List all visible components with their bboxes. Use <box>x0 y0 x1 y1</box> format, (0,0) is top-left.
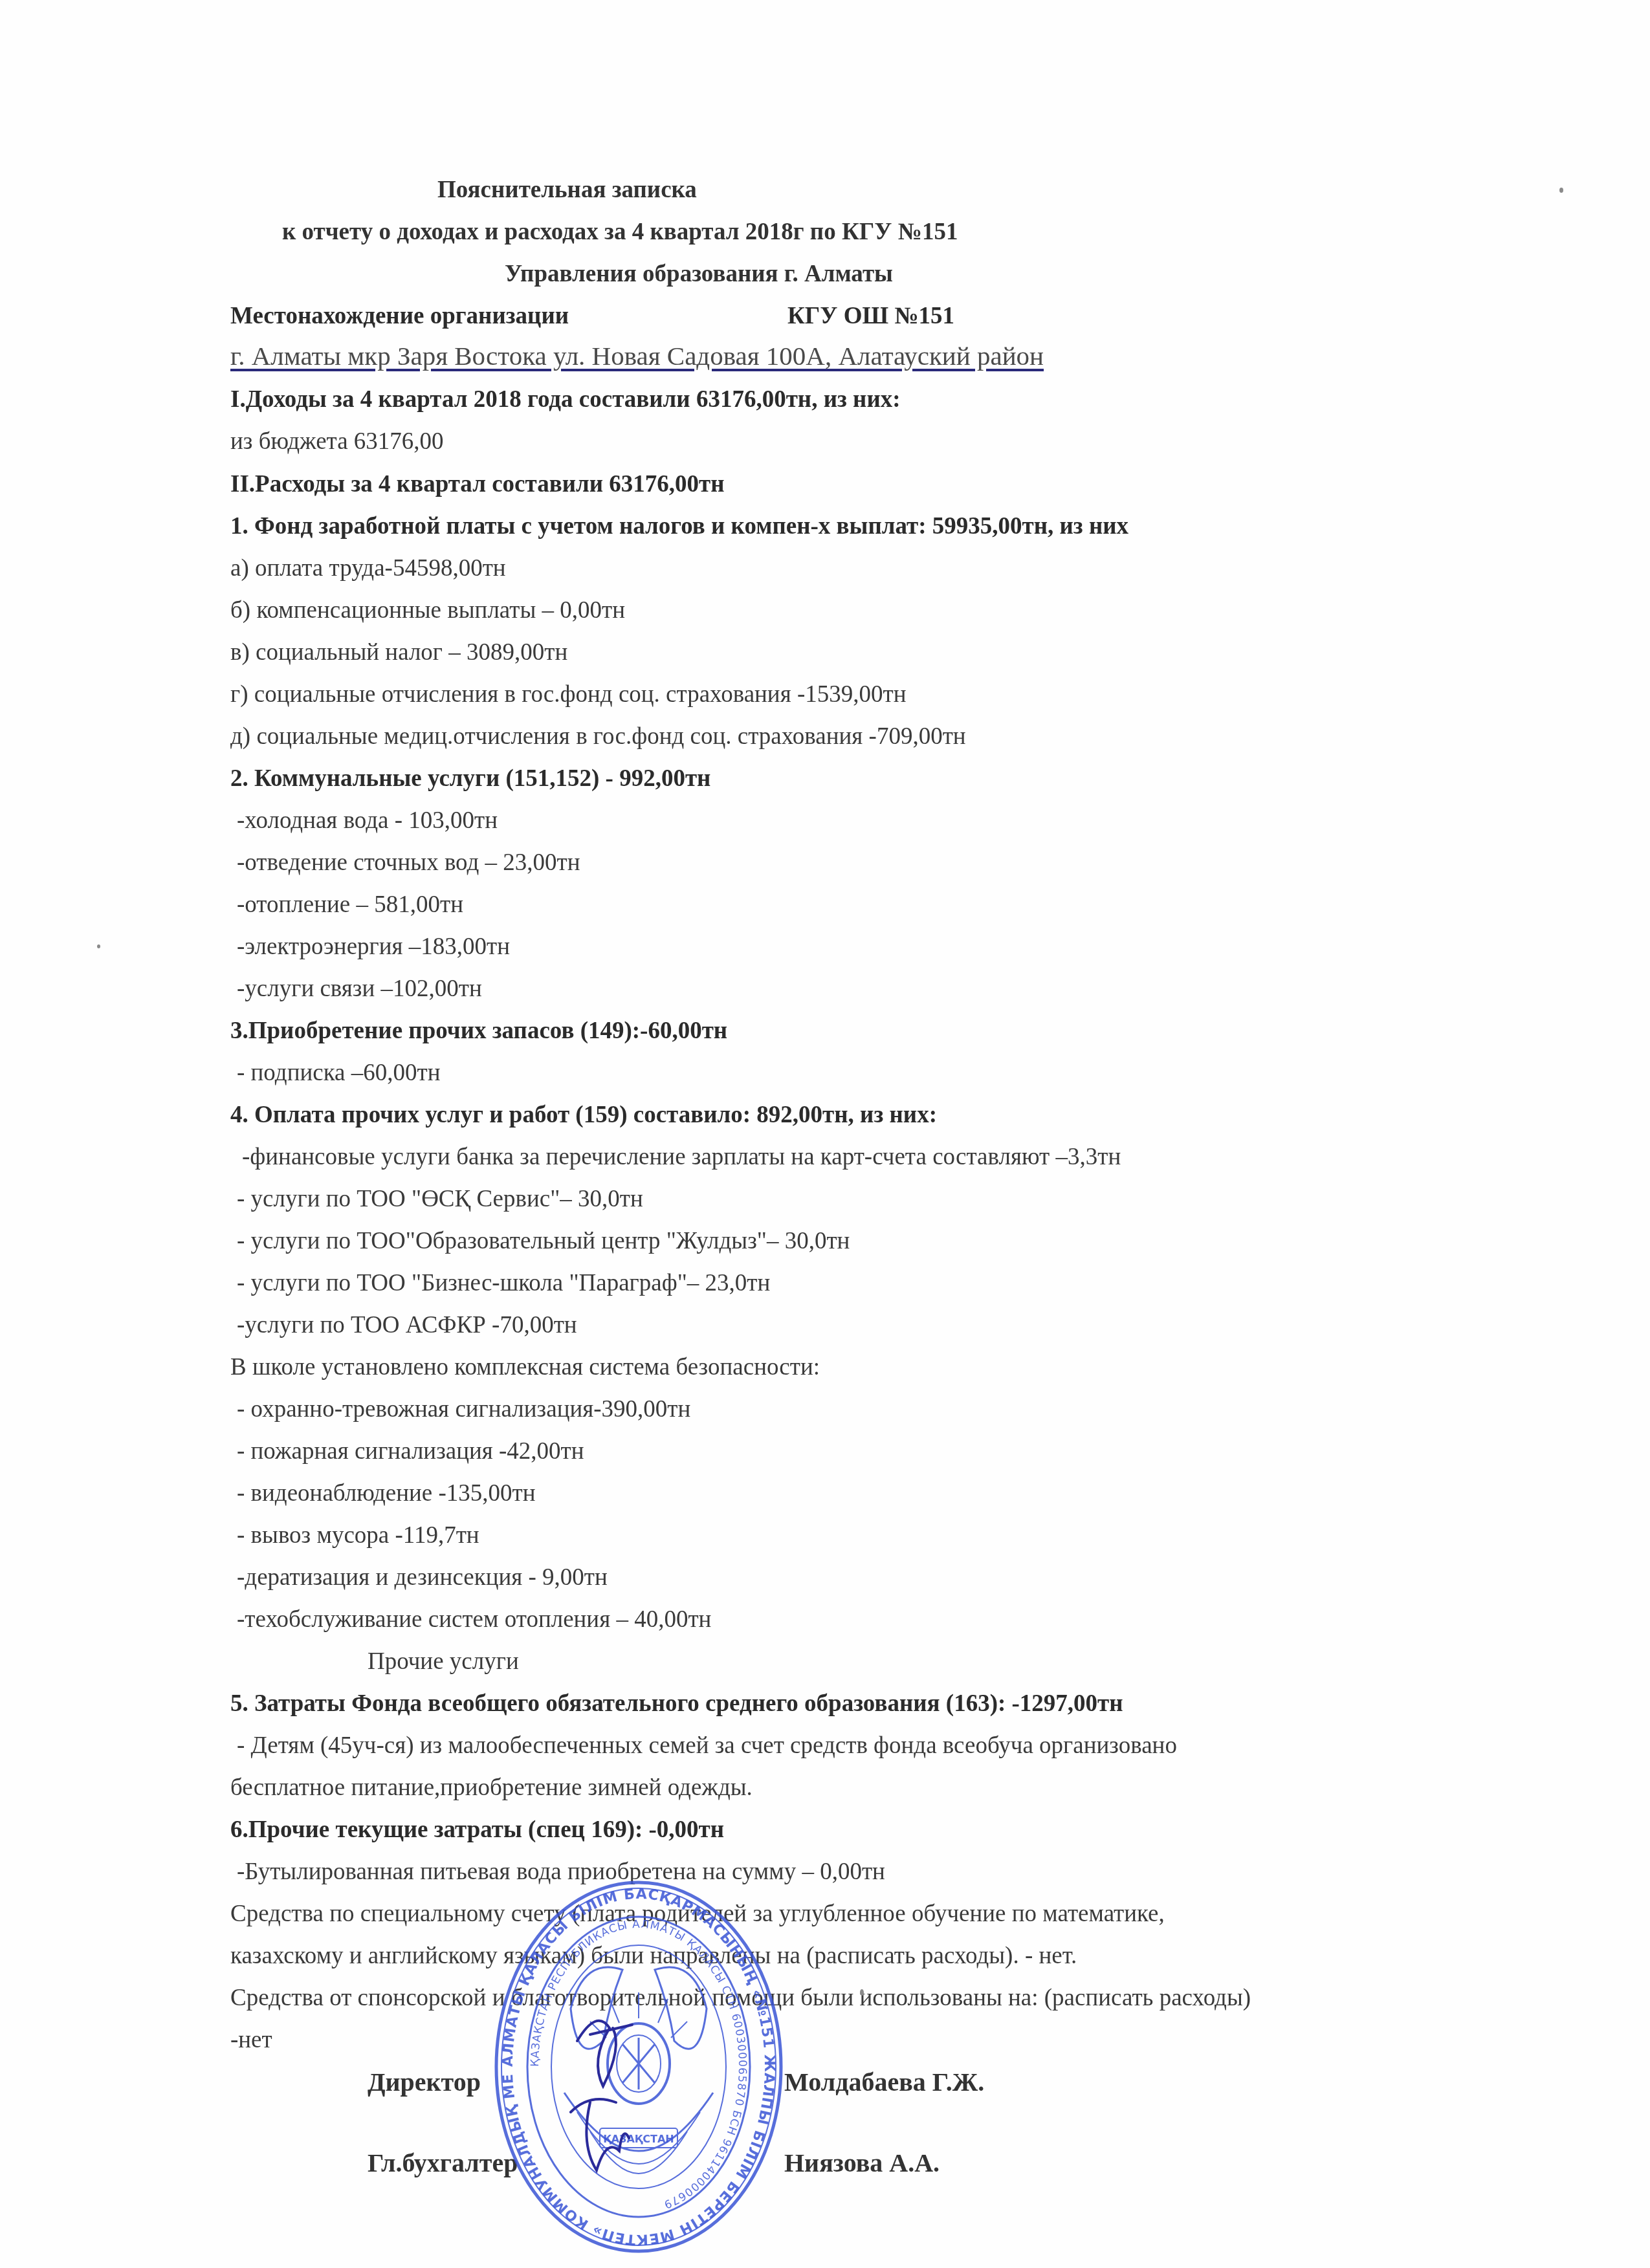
section-6-heading: 6.Прочие текущие затраты (спец 169): -0,… <box>230 1816 724 1844</box>
organization-address: г. Алматы мкр Заря Востока ул. Новая Сад… <box>230 342 1044 370</box>
scan-speck <box>860 1989 864 1996</box>
section-2-item: -услуги связи –102,00тн <box>237 975 482 1003</box>
security-item: -дератизация и дезинсекция - 9,00тн <box>237 1564 608 1592</box>
section-1-item: а) оплата труда-54598,00тн <box>230 554 506 583</box>
security-item: -техобслуживание систем отопления – 40,0… <box>237 1606 711 1634</box>
section-2-item: -холодная вода - 103,00тн <box>237 807 498 835</box>
scan-speck <box>97 944 100 948</box>
official-seal-stamp: АЛМАТЫ ҚАЛАСЫ БІЛІМ БАСҚАРМАСЫНЫҢ «№151 … <box>493 1879 784 2254</box>
section-1-heading: 1. Фонд заработной платы с учетом налого… <box>230 512 1128 541</box>
scan-speck <box>1559 188 1563 193</box>
security-item: - вывоз мусора -119,7тн <box>237 1521 479 1550</box>
section-3-item: - подписка –60,00тн <box>237 1059 440 1087</box>
other-services-label: Прочие услуги <box>368 1648 519 1676</box>
section-4-item: -услуги по ТОО АСФКР -70,00тн <box>237 1311 577 1340</box>
expenses-heading: II.Расходы за 4 квартал составили 63176,… <box>230 470 725 499</box>
location-label: Местонахождение организации <box>230 302 569 331</box>
section-4-item: - услуги по ТОО "Бизнес-школа "Параграф"… <box>237 1269 770 1298</box>
security-intro: В школе установлено комплексная система … <box>230 1353 820 1382</box>
director-role: Директор <box>368 2068 481 2097</box>
sponsorship-line-2: -нет <box>230 2026 272 2055</box>
section-4-item: - услуги по ТОО "ӨСҚ Сервис"– 30,0тн <box>237 1185 643 1214</box>
scanned-document-page: Пояснительная записка к отчету о доходах… <box>0 0 1650 2268</box>
section-1-item: г) социальные отчисления в гос.фонд соц.… <box>230 681 906 709</box>
svg-text:ҚАЗАҚСТАН: ҚАЗАҚСТАН <box>603 2133 674 2145</box>
section-3-heading: 3.Приобретение прочих запасов (149):-60,… <box>230 1017 727 1045</box>
document-title: Пояснительная записка <box>437 176 697 204</box>
section-2-item: -отопление – 581,00тн <box>237 891 463 919</box>
section-2-heading: 2. Коммунальные услуги (151,152) - 992,0… <box>230 765 710 793</box>
income-heading: I.Доходы за 4 квартал 2018 года составил… <box>230 386 901 414</box>
document-subtitle: к отчету о доходах и расходах за 4 кварт… <box>282 218 958 246</box>
section-1-item: б) компенсационные выплаты – 0,00тн <box>230 596 625 625</box>
department-name: Управления образования г. Алматы <box>505 260 893 289</box>
seal-emblem-icon: АЛМАТЫ ҚАЛАСЫ БІЛІМ БАСҚАРМАСЫНЫҢ «№151 … <box>493 1879 784 2254</box>
section-1-item: в) социальный налог – 3089,00тн <box>230 638 567 667</box>
security-item: - пожарная сигнализация -42,00тн <box>237 1437 584 1466</box>
security-item: - видеонаблюдение -135,00тн <box>237 1479 536 1508</box>
section-2-item: -электроэнергия –183,00тн <box>237 933 510 961</box>
section-5-heading: 5. Затраты Фонда всеобщего обязательного… <box>230 1690 1123 1718</box>
director-name: Молдабаева Г.Ж. <box>784 2068 984 2097</box>
organization-name: КГУ ОШ №151 <box>787 302 954 331</box>
section-1-item: д) социальные медиц.отчисления в гос.фон… <box>230 723 966 751</box>
section-2-item: -отведение сточных вод – 23,00тн <box>237 849 580 877</box>
income-from-budget: из бюджета 63176,00 <box>230 428 444 456</box>
section-5-item: бесплатное питание,приобретение зимней о… <box>230 1774 753 1802</box>
security-item: - охранно-тревожная сигнализация-390,00т… <box>237 1395 690 1424</box>
section-4-item: -финансовые услуги банка за перечисление… <box>242 1143 1121 1172</box>
section-5-item: - Детям (45уч-ся) из малообеспеченных се… <box>237 1732 1177 1760</box>
section-4-item: - услуги по ТОО"Образовательный центр "Ж… <box>237 1227 850 1256</box>
section-4-heading: 4. Оплата прочих услуг и работ (159) сос… <box>230 1101 937 1129</box>
chief-accountant-name: Ниязова А.А. <box>784 2149 940 2177</box>
